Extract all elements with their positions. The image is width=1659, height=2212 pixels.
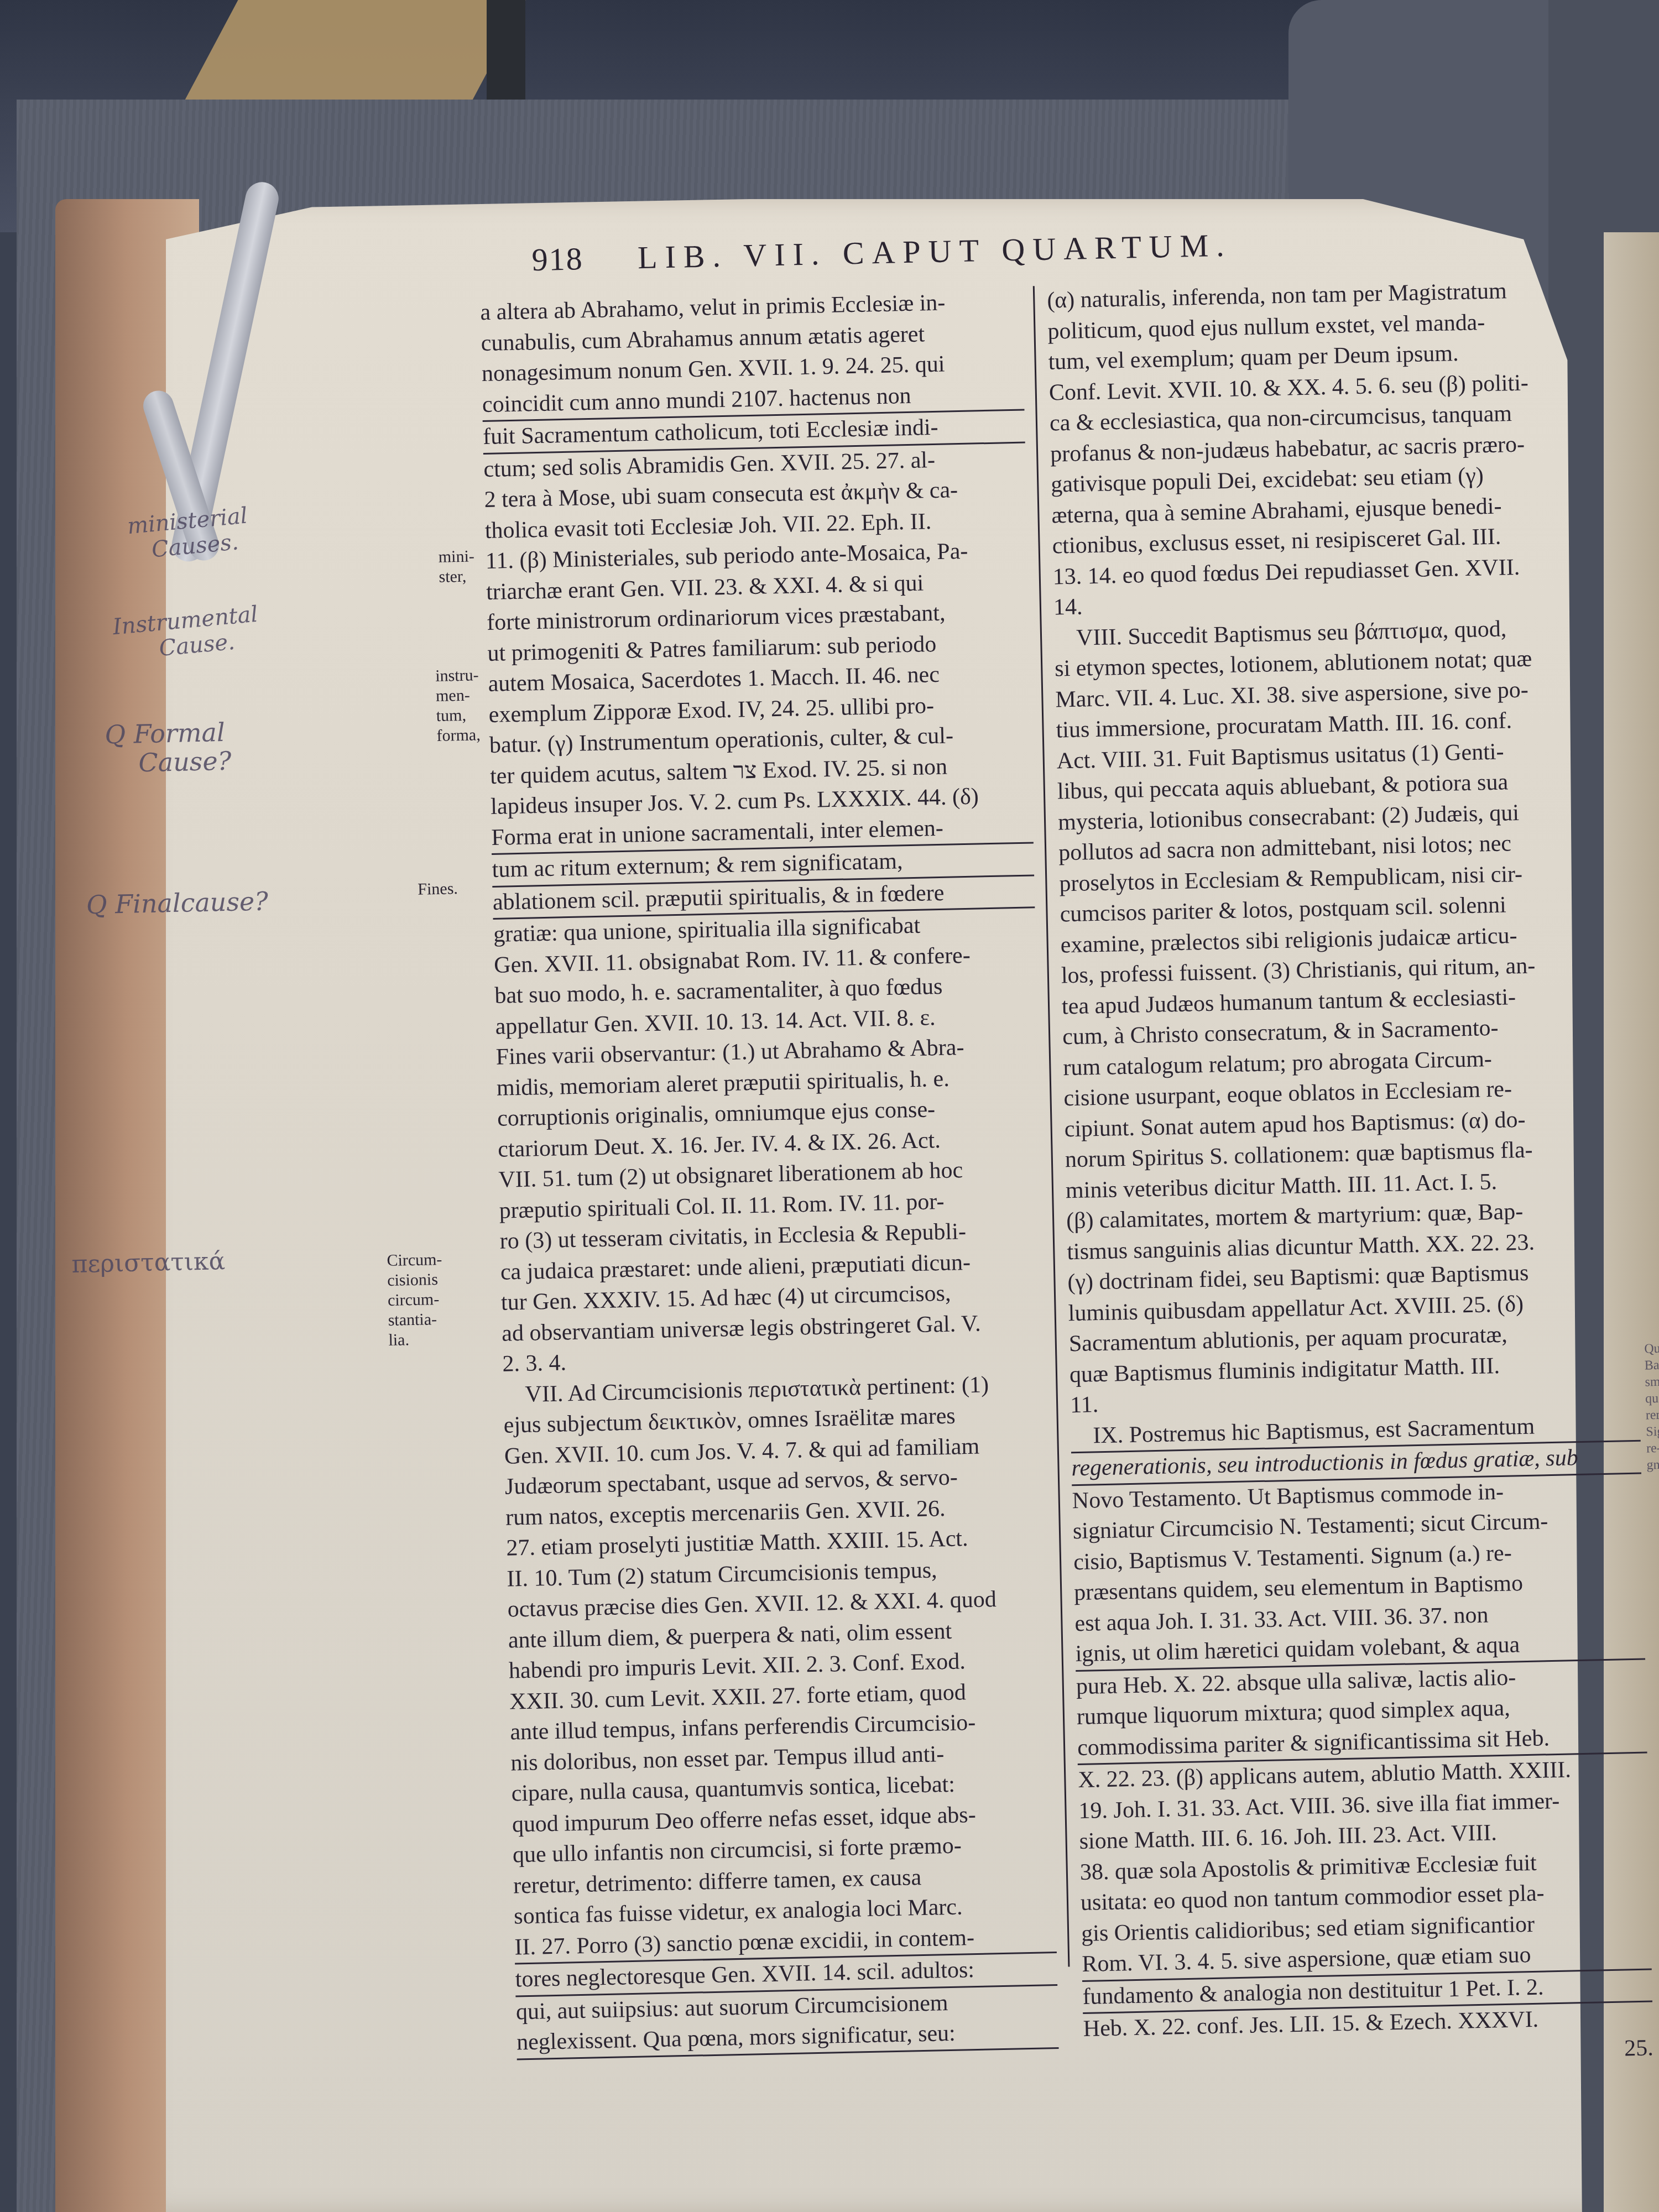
printed-margin-note-instrumentum: instru- men- tum, forma, (435, 665, 481, 746)
page-number: 918 (531, 241, 583, 278)
printed-margin-note-circumstantialia: Circum- cisionis circum- stantia- lia. (387, 1250, 444, 1350)
running-head: 918 LIB. VII. CAPUT QUARTUM. (531, 219, 1583, 278)
background-rod (487, 0, 525, 105)
handwritten-note-final-cause: Q Finalcause? (86, 888, 268, 917)
printed-margin-note-fines: Fines. (418, 879, 458, 900)
handwritten-note-ministerial-causes: ministerial Causes. (126, 503, 251, 565)
handwritten-note-peristatika: περιστατικά (71, 1249, 226, 1277)
chapter-title: LIB. VII. CAPUT QUARTUM. (637, 227, 1232, 275)
left-text-column: a altera ab Abrahamo, velut in primis Ec… (480, 286, 1059, 2060)
right-edge-margin-notes: Quid Bapti- smus quoad rem n. Signum re-… (1644, 1340, 1659, 1474)
page-content: 918 LIB. VII. CAPUT QUARTUM. ministerial… (166, 190, 1659, 2211)
background-wood-panel (182, 0, 525, 105)
handwritten-note-formal-cause: Q Formal Cause? (105, 718, 232, 778)
printed-margin-note-minister: mini- ster, (438, 546, 474, 587)
right-text-column: (α) naturalis, inferenda, non tam per Ma… (1047, 274, 1654, 2075)
